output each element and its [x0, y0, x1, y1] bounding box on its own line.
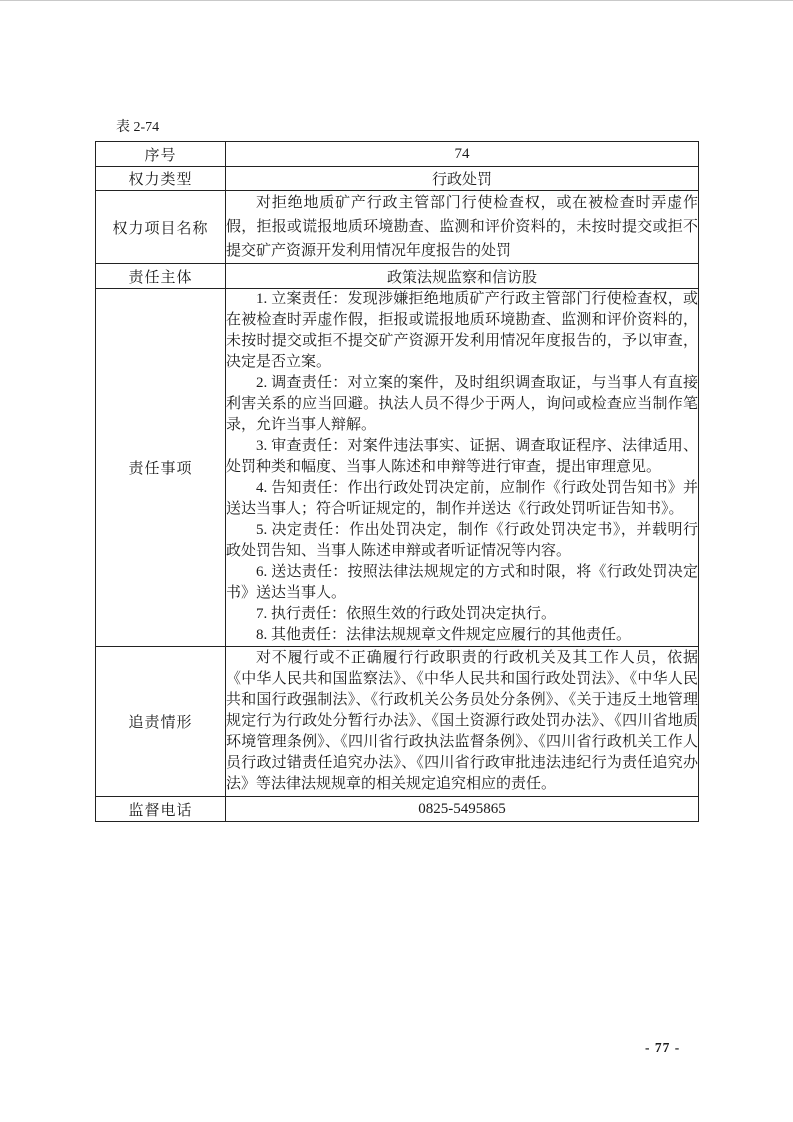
serial-number-value: 74: [226, 142, 699, 167]
responsibility-item-1: 1. 立案责任：发现涉嫌拒绝地质矿产行政主管部门行使检查权，或在被检查时弄虚作假…: [226, 289, 698, 373]
row-responsible-entity: 责任主体 政策法规监察和信访股: [96, 264, 699, 289]
serial-number-label: 序号: [96, 142, 226, 167]
supervision-phone-label: 监督电话: [96, 797, 226, 822]
row-accountability-situations: 追责情形 对不履行或不正确履行行政职责的行政机关及其工作人员，依据《中华人民共和…: [96, 647, 699, 797]
table-caption: 表 2-74: [116, 119, 159, 137]
responsibility-item-8: 8. 其他责任：法律法规规章文件规定应履行的其他责任。: [226, 625, 698, 646]
responsibility-item-7: 7. 执行责任：依照生效的行政处罚决定执行。: [226, 604, 698, 625]
responsibility-item-6: 6. 送达责任：按照法律法规规定的方式和时限，将《行政处罚决定书》送达当事人。: [226, 562, 698, 604]
power-type-value: 行政处罚: [226, 167, 699, 191]
responsible-entity-label: 责任主体: [96, 264, 226, 289]
page-number: - 77 -: [645, 1040, 680, 1056]
power-duty-table: 序号 74 权力类型 行政处罚 权力项目名称 对拒绝地质矿产行政主管部门行使检查…: [95, 141, 699, 822]
power-item-name-label: 权力项目名称: [96, 191, 226, 264]
power-item-name-value: 对拒绝地质矿产行政主管部门行使检查权，或在被检查时弄虚作假，拒报或谎报地质环境勘…: [226, 191, 699, 264]
power-item-name-text: 对拒绝地质矿产行政主管部门行使检查权，或在被检查时弄虚作假，拒报或谎报地质环境勘…: [226, 191, 698, 263]
responsibility-items-value: 1. 立案责任：发现涉嫌拒绝地质矿产行政主管部门行使检查权，或在被检查时弄虚作假…: [226, 289, 699, 647]
supervision-phone-value: 0825-5495865: [226, 797, 699, 822]
row-power-type: 权力类型 行政处罚: [96, 167, 699, 191]
responsibility-item-2: 2. 调查责任：对立案的案件，及时组织调查取证，与当事人有直接利害关系的应当回避…: [226, 373, 698, 436]
responsibility-items-label: 责任事项: [96, 289, 226, 647]
accountability-situations-value: 对不履行或不正确履行行政职责的行政机关及其工作人员，依据《中华人民共和国监察法》…: [226, 647, 699, 797]
responsibility-item-5: 5. 决定责任：作出处罚决定，制作《行政处罚决定书》，并载明行政处罚告知、当事人…: [226, 520, 698, 562]
accountability-situations-text: 对不履行或不正确履行行政职责的行政机关及其工作人员，依据《中华人民共和国监察法》…: [226, 648, 698, 795]
row-power-item-name: 权力项目名称 对拒绝地质矿产行政主管部门行使检查权，或在被检查时弄虚作假，拒报或…: [96, 191, 699, 264]
power-type-label: 权力类型: [96, 167, 226, 191]
row-supervision-phone: 监督电话 0825-5495865: [96, 797, 699, 822]
accountability-situations-label: 追责情形: [96, 647, 226, 797]
responsibility-item-4: 4. 告知责任：作出行政处罚决定前，应制作《行政处罚告知书》并送达当事人；符合听…: [226, 478, 698, 520]
document-page: 表 2-74 序号 74 权力类型 行政处罚 权力项目名称 对拒绝地质矿产行政主…: [0, 0, 793, 1122]
row-serial-number: 序号 74: [96, 142, 699, 167]
responsible-entity-value: 政策法规监察和信访股: [226, 264, 699, 289]
responsibility-item-3: 3. 审查责任：对案件违法事实、证据、调查取证程序、法律适用、处罚种类和幅度、当…: [226, 436, 698, 478]
row-responsibility-items: 责任事项 1. 立案责任：发现涉嫌拒绝地质矿产行政主管部门行使检查权，或在被检查…: [96, 289, 699, 647]
